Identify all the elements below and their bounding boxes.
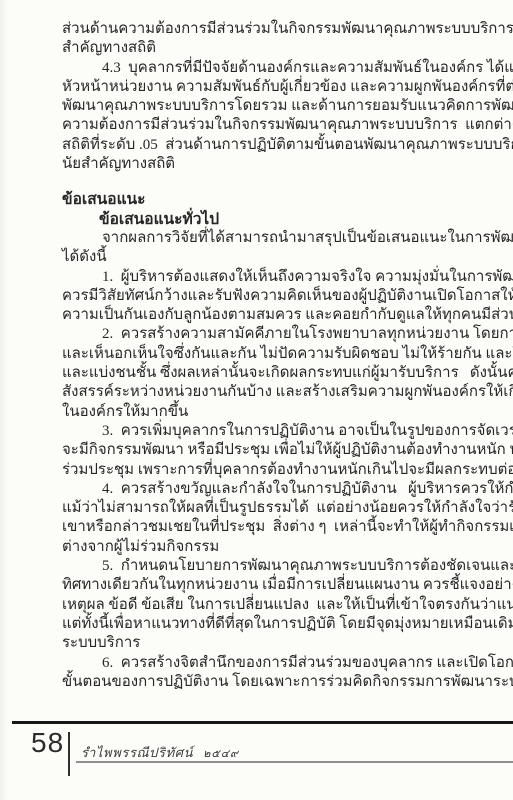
scanned-page: ส่วนด้านความต้องการมีส่วนร่วมในกิจกรรมพั… [0,0,513,800]
journal-title: รำไพพรรณีปริทัศน์ [81,745,193,760]
page-number: 58 [31,728,64,758]
text-line: แต่ทั้งนี้เพื่อหาแนวทางที่ดีที่สุดในการป… [62,615,476,634]
text-line: ความต้องการมีส่วนร่วมในกิจกรรมพัฒนาคุณภา… [62,116,476,135]
text-line: ต่างจากผู้ไม่ร่วมกิจกรรม [62,538,476,557]
text-line: 3. ควรเพิ่มบุคลากรในการปฏิบัติงาน อาจเป็… [62,422,476,441]
footer-divider [68,732,70,776]
section-heading: ข้อเสนอแนะ [62,190,476,209]
text-line: 4. ควรสร้างขวัญและกำลังใจในการปฏิบัติงาน… [62,480,476,499]
text-line: เหตุผล ข้อดี ข้อเสีย ในการเปลี่ยนแปลง แล… [62,596,476,615]
footer-rule-thin [76,761,513,763]
text-line: หัวหน้าหน่วยงาน ความสัมพันธ์กับผู้เกี่ยว… [62,78,476,97]
text-line: นัยสำคัญทางสถิติ [62,155,476,174]
text-line: ร่วมประชุม เพราะการที่บุคลากรต้องทำงานหน… [62,461,476,480]
text-line: ควรมีวิสัยทัศน์กว้างและรับฟังความคิดเห็น… [62,287,476,306]
text-line: 6. ควรสร้างจิตสำนึกของการมีส่วนร่วมของบุ… [62,654,476,673]
text-line: และเห็นอกเห็นใจซึ่งกันและกัน ไม่ปัดความร… [62,345,476,364]
text-line: 5. กำหนดนโยบายการพัฒนาคุณภาพระบบบริการต้… [62,557,476,576]
text-line: ขั้นตอนของการปฏิบัติงาน โดยเฉพาะการร่วมค… [62,673,476,692]
text-line: 1. ผู้บริหารต้องแสดงให้เห็นถึงความจริงใจ… [62,268,476,287]
text-line: ทิศทางเดียวกันในทุกหน่วยงาน เมื่อมีการเป… [62,576,476,595]
text-line: สังสรรค์ระหว่างหน่วยงานกันบ้าง และสร้างเ… [62,383,476,402]
text-line: จากผลการวิจัยที่ได้สามารถนำมาสรุปเป็นข้อ… [62,229,476,248]
text-line: 4.3 บุคลากรที่มีปัจจัยด้านองค์กรและความส… [62,59,476,78]
footer-rule-thick [12,721,513,724]
section-heading: ข้อเสนอแนะทั่วไป [62,210,476,229]
text-line: ในองค์กรให้มากขึ้น [62,403,476,422]
document-body: ส่วนด้านความต้องการมีส่วนร่วมในกิจกรรมพั… [62,20,476,692]
text-line: สำคัญทางสถิติ [62,39,476,58]
text-line: สถิติที่ระดับ .05 ส่วนด้านการปฏิบัติตามข… [62,136,476,155]
text-line: ส่วนด้านความต้องการมีส่วนร่วมในกิจกรรมพั… [62,20,476,39]
text-line: เขาหรือกล่าวชมเชยในที่ประชุม สิ่งต่าง ๆ … [62,518,476,537]
text-line: และแบ่งชนชั้น ซึ่งผลเหล่านั้นจะเกิดผลกระ… [62,364,476,383]
text-line: ความเป็นกันเองกับลูกน้องตามสมควร และคอยก… [62,306,476,325]
text-line: ระบบบริการ [62,634,476,653]
text-line: พัฒนาคุณภาพระบบบริการโดยรวม และด้านการยอ… [62,97,476,116]
text-line: ได้ดังนี้ [62,248,476,267]
journal-year: ๒๕๔๙ [203,748,239,760]
text-line: แม้ว่าไม่สามารถให้ผลที่เป็นรูปธรรมได้ แต… [62,499,476,518]
text-line: 2. ควรสร้างความสามัคคีภายในโรงพยาบาลทุกห… [62,325,476,344]
journal-footer: รำไพพรรณีปริทัศน์๒๕๔๙ [81,742,239,763]
text-line: จะมีกิจกรรมพัฒนา หรือมีประชุม เพื่อไม่ให… [62,441,476,460]
